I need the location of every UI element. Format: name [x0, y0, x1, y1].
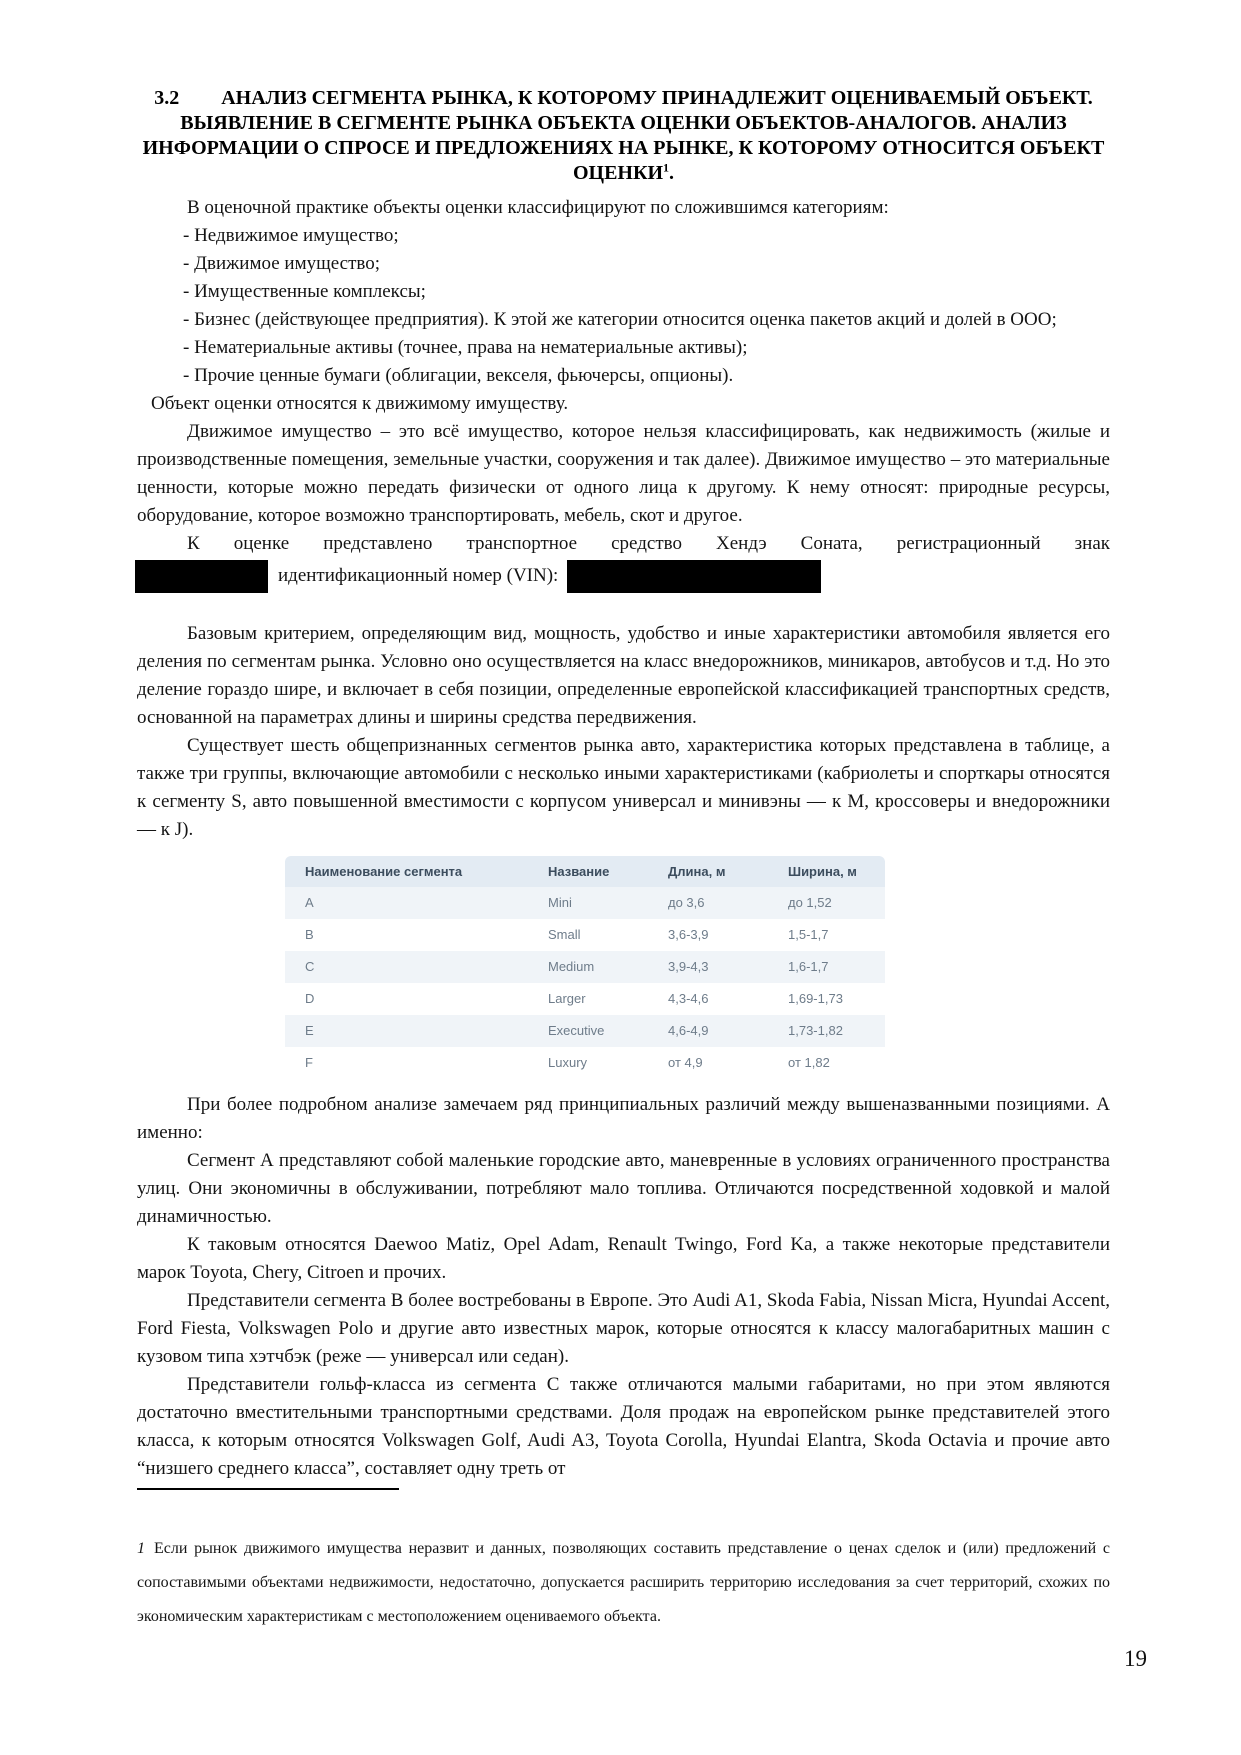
list-item-business: - Бизнес (действующее предприятия). К эт… [137, 306, 1110, 334]
cell-segment: F [285, 1047, 528, 1079]
footnote-body: Если рынок движимого имущества неразвит … [137, 1540, 1110, 1625]
cell-width: 1,73-1,82 [768, 1015, 885, 1047]
paragraph-segment-a: Сегмент А представляют собой маленькие г… [137, 1147, 1110, 1231]
paragraph-segmentation-basis: Базовым критерием, определяющим вид, мощ… [137, 620, 1110, 732]
table-row: D Larger 4,3-4,6 1,69-1,73 [285, 983, 885, 1015]
paragraph-vehicle-intro: К оценке представлено транспортное средс… [137, 530, 1110, 558]
paragraph-vehicle-identifiers: идентификационный номер (VIN): [137, 558, 1110, 594]
footnote-block: 1Если рынок движимого имущества неразвит… [137, 1488, 1110, 1634]
column-header-segment: Наименование сегмента [285, 856, 528, 887]
cell-name: Luxury [528, 1047, 648, 1079]
cell-width: до 1,52 [768, 887, 885, 919]
cell-length: 3,9-4,3 [648, 951, 768, 983]
cell-width: от 1,82 [768, 1047, 885, 1079]
paragraph-analysis: При более подробном анализе замечаем ряд… [137, 1091, 1110, 1147]
cell-segment: D [285, 983, 528, 1015]
document-page: 3.2АНАЛИЗ СЕГМЕНТА РЫНКА, К КОТОРОМУ ПРИ… [0, 0, 1241, 1755]
footnote-marker: 1 [137, 1540, 145, 1557]
paragraph-segment-b: Представители сегмента В более востребов… [137, 1287, 1110, 1371]
cell-name: Mini [528, 887, 648, 919]
cell-name: Larger [528, 983, 648, 1015]
vin-label: идентификационный номер (VIN): [278, 565, 558, 586]
cell-segment: B [285, 919, 528, 951]
cell-length: 4,3-4,6 [648, 983, 768, 1015]
footnote-separator [137, 1488, 399, 1490]
list-item-property-complexes: - Имущественные комплексы; [137, 278, 1110, 306]
heading-period: . [669, 162, 674, 184]
column-header-width: Ширина, м [768, 856, 885, 887]
paragraph-segment-c: Представители гольф-класса из сегмента С… [137, 1371, 1110, 1483]
cell-length: от 4,9 [648, 1047, 768, 1079]
redaction-bar-registration-plate [135, 560, 268, 593]
segments-table: Наименование сегмента Название Длина, м … [285, 856, 885, 1079]
list-item-movable-property: - Движимое имущество; [137, 250, 1110, 278]
page-number: 19 [1124, 1646, 1147, 1672]
cell-width: 1,5-1,7 [768, 919, 885, 951]
paragraph-segments-intro: Существует шесть общепризнанных сегменто… [137, 732, 1110, 844]
column-header-name: Название [528, 856, 648, 887]
table-row: E Executive 4,6-4,9 1,73-1,82 [285, 1015, 885, 1047]
paragraph-movable-definition: Движимое имущество – это всё имущество, … [137, 418, 1110, 530]
list-item-real-estate: - Недвижимое имущество; [137, 222, 1110, 250]
cell-name: Medium [528, 951, 648, 983]
table-row: C Medium 3,9-4,3 1,6-1,7 [285, 951, 885, 983]
table-row: B Small 3,6-3,9 1,5-1,7 [285, 919, 885, 951]
redaction-bar-vin [567, 560, 821, 593]
cell-length: 4,6-4,9 [648, 1015, 768, 1047]
paragraph-segment-a-examples: К таковым относятся Daewoo Matiz, Opel A… [137, 1231, 1110, 1287]
cell-segment: A [285, 887, 528, 919]
cell-length: до 3,6 [648, 887, 768, 919]
paragraph-classification-intro: В оценочной практике объекты оценки клас… [137, 194, 1110, 222]
list-item-intangible-assets: - Нематериальные активы (точнее, права н… [137, 334, 1110, 362]
table-row: F Luxury от 4,9 от 1,82 [285, 1047, 885, 1079]
cell-segment: C [285, 951, 528, 983]
cell-width: 1,69-1,73 [768, 983, 885, 1015]
cell-length: 3,6-3,9 [648, 919, 768, 951]
table-row: A Mini до 3,6 до 1,52 [285, 887, 885, 919]
section-number: 3.2 [154, 87, 179, 109]
cell-width: 1,6-1,7 [768, 951, 885, 983]
section-heading: 3.2АНАЛИЗ СЕГМЕНТА РЫНКА, К КОТОРОМУ ПРИ… [137, 86, 1110, 186]
section-title: АНАЛИЗ СЕГМЕНТА РЫНКА, К КОТОРОМУ ПРИНАД… [143, 87, 1105, 184]
footnote-text: 1Если рынок движимого имущества неразвит… [137, 1532, 1110, 1634]
list-item-securities: - Прочие ценные бумаги (облигации, вексе… [137, 362, 1110, 390]
cell-name: Small [528, 919, 648, 951]
cell-name: Executive [528, 1015, 648, 1047]
paragraph-object-class: Объект оценки относятся к движимому имущ… [137, 390, 1110, 418]
column-header-length: Длина, м [648, 856, 768, 887]
table-header-row: Наименование сегмента Название Длина, м … [285, 856, 885, 887]
cell-segment: E [285, 1015, 528, 1047]
